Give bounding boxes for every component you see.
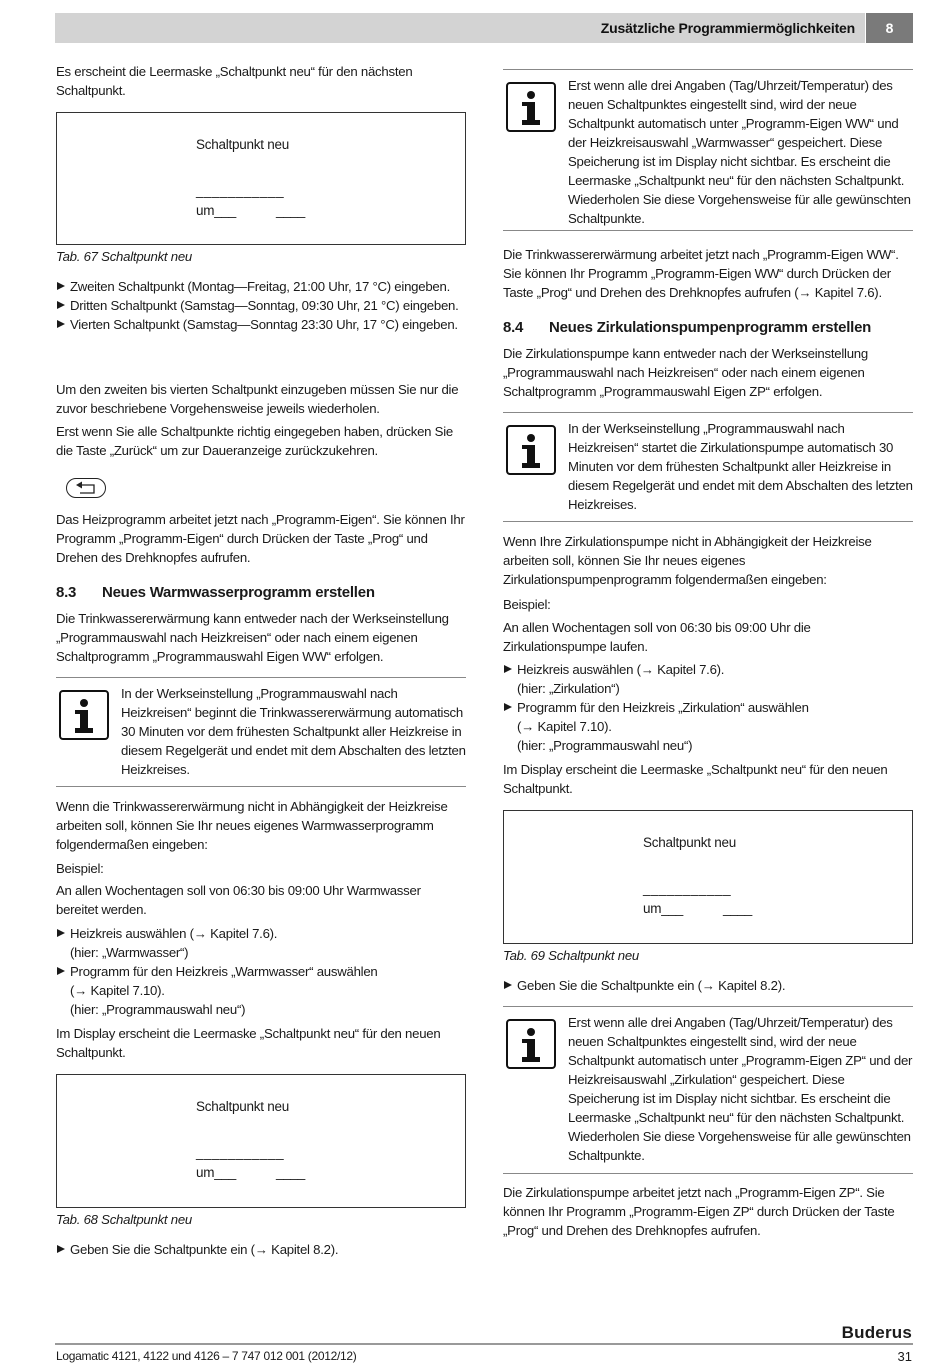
section-number: 8.3 bbox=[56, 583, 102, 602]
example-text: An allen Wochentagen soll von 06:30 bis … bbox=[503, 618, 913, 656]
display-time-blank: um___ bbox=[196, 1165, 236, 1180]
display-title: Schaltpunkt neu bbox=[643, 833, 736, 852]
display-time-row: um_______ bbox=[643, 899, 752, 918]
display-day-blank: ___________ bbox=[196, 181, 284, 200]
display-time-row: um_______ bbox=[196, 1163, 305, 1182]
section-intro: Die Trinkwassererwärmung kann entweder n… bbox=[56, 609, 468, 666]
info-note: In der Werkseinstellung „Programmauswahl… bbox=[503, 412, 913, 522]
display-temp-blank: ____ bbox=[276, 1165, 305, 1180]
list-item: Heizkreis auswählen (→ Kapitel 7.6). (hi… bbox=[503, 660, 913, 698]
list-item: Dritten Schaltpunkt (Samstag—Sonntag, 09… bbox=[56, 296, 468, 315]
info-icon bbox=[506, 82, 556, 132]
info-icon bbox=[506, 425, 556, 475]
list-item: Vierten Schaltpunkt (Samstag—Sonntag 23:… bbox=[56, 315, 468, 334]
list-item: Programm für den Heizkreis „Zirkulation“… bbox=[503, 698, 913, 755]
list-item: Zweiten Schaltpunkt (Montag—Freitag, 21:… bbox=[56, 277, 468, 296]
display-title: Schaltpunkt neu bbox=[196, 1097, 289, 1116]
note-text: In der Werkseinstellung „Programmauswahl… bbox=[121, 684, 466, 779]
display-title: Schaltpunkt neu bbox=[196, 135, 289, 154]
footer-divider bbox=[55, 1343, 913, 1345]
paragraph: Im Display erscheint die Leermaske „Scha… bbox=[56, 1024, 466, 1062]
paragraph: Im Display erscheint die Leermaske „Scha… bbox=[503, 760, 913, 798]
list-item: Geben Sie die Schaltpunkte ein (→ Kapite… bbox=[503, 976, 917, 995]
display-time-blank: um___ bbox=[196, 203, 236, 218]
display-temp-blank: ____ bbox=[723, 901, 752, 916]
intro-text: Es erscheint die Leermaske „Schaltpunkt … bbox=[56, 62, 466, 100]
paragraph: Das Heizprogramm arbeitet jetzt nach „Pr… bbox=[56, 510, 466, 567]
footer-document-id: Logamatic 4121, 4122 und 4126 – 7 747 01… bbox=[56, 1349, 356, 1363]
table-caption-68: Tab. 68 Schaltpunkt neu bbox=[56, 1210, 192, 1229]
list-item: Programm für den Heizkreis „Warmwasser“ … bbox=[56, 962, 466, 1019]
paragraph: Die Trinkwassererwärmung arbeitet jetzt … bbox=[503, 245, 913, 302]
section-heading-8-4: 8.4Neues Zirkulationspumpenprogramm erst… bbox=[503, 318, 871, 337]
table-caption-69: Tab. 69 Schaltpunkt neu bbox=[503, 946, 639, 965]
note-text: In der Werkseinstellung „Programmauswahl… bbox=[568, 419, 913, 514]
section-number: 8.4 bbox=[503, 318, 549, 337]
display-temp-blank: ____ bbox=[276, 203, 305, 218]
table-caption-67: Tab. 67 Schaltpunkt neu bbox=[56, 247, 192, 266]
example-text: An allen Wochentagen soll von 06:30 bis … bbox=[56, 881, 466, 919]
section-title: Neues Warmwasserprogramm erstellen bbox=[102, 584, 375, 601]
example-label: Beispiel: bbox=[56, 859, 104, 878]
back-key-icon bbox=[66, 478, 106, 498]
display-time-blank: um___ bbox=[643, 901, 683, 916]
brand-logo: Buderus bbox=[842, 1323, 912, 1343]
bullet-list-schaltpunkte: Zweiten Schaltpunkt (Montag—Freitag, 21:… bbox=[56, 277, 468, 334]
section-intro: Die Zirkulationspumpe kann entweder nach… bbox=[503, 344, 915, 401]
list-item: Heizkreis auswählen (→ Kapitel 7.6). (hi… bbox=[56, 924, 466, 962]
header-title: Zusätzliche Programmiermöglichkeiten bbox=[601, 20, 855, 36]
page-number: 31 bbox=[898, 1349, 912, 1364]
bullet-list-steps: Heizkreis auswählen (→ Kapitel 7.6). (hi… bbox=[56, 924, 466, 1019]
paragraph: Um den zweiten bis vierten Schaltpunkt e… bbox=[56, 380, 466, 418]
info-icon bbox=[506, 1019, 556, 1069]
info-note: In der Werkseinstellung „Programmauswahl… bbox=[56, 677, 466, 787]
display-day-blank: ___________ bbox=[196, 1143, 284, 1162]
right-column: Erst wenn alle drei Angaben (Tag/Uhrzeit… bbox=[503, 0, 913, 19]
display-mask-tab67: Schaltpunkt neu ___________ um_______ bbox=[56, 112, 466, 245]
display-mask-tab69: Schaltpunkt neu ___________ um_______ bbox=[503, 810, 913, 944]
note-text: Erst wenn alle drei Angaben (Tag/Uhrzeit… bbox=[568, 76, 913, 228]
section-heading-8-3: 8.3Neues Warmwasserprogramm erstellen bbox=[56, 583, 375, 602]
note-text: Erst wenn alle drei Angaben (Tag/Uhrzeit… bbox=[568, 1013, 913, 1165]
example-label: Beispiel: bbox=[503, 595, 551, 614]
display-time-row: um_______ bbox=[196, 201, 305, 220]
info-note: Erst wenn alle drei Angaben (Tag/Uhrzeit… bbox=[503, 69, 913, 231]
section-title: Neues Zirkulationspumpenprogramm erstell… bbox=[549, 319, 871, 336]
display-day-blank: ___________ bbox=[643, 879, 731, 898]
list-item: Geben Sie die Schaltpunkte ein (→ Kapite… bbox=[56, 1240, 470, 1259]
info-note: Erst wenn alle drei Angaben (Tag/Uhrzeit… bbox=[503, 1006, 913, 1174]
display-mask-tab68: Schaltpunkt neu ___________ um_______ bbox=[56, 1074, 466, 1208]
paragraph: Erst wenn Sie alle Schaltpunkte richtig … bbox=[56, 422, 466, 460]
paragraph: Wenn Ihre Zirkulationspumpe nicht in Abh… bbox=[503, 532, 915, 589]
info-icon bbox=[59, 690, 109, 740]
bullet-list-steps: Heizkreis auswählen (→ Kapitel 7.6). (hi… bbox=[503, 660, 913, 755]
left-column: Es erscheint die Leermaske „Schaltpunkt … bbox=[56, 0, 466, 19]
paragraph: Wenn die Trinkwassererwärmung nicht in A… bbox=[56, 797, 466, 854]
paragraph: Die Zirkulationspumpe arbeitet jetzt nac… bbox=[503, 1183, 913, 1240]
